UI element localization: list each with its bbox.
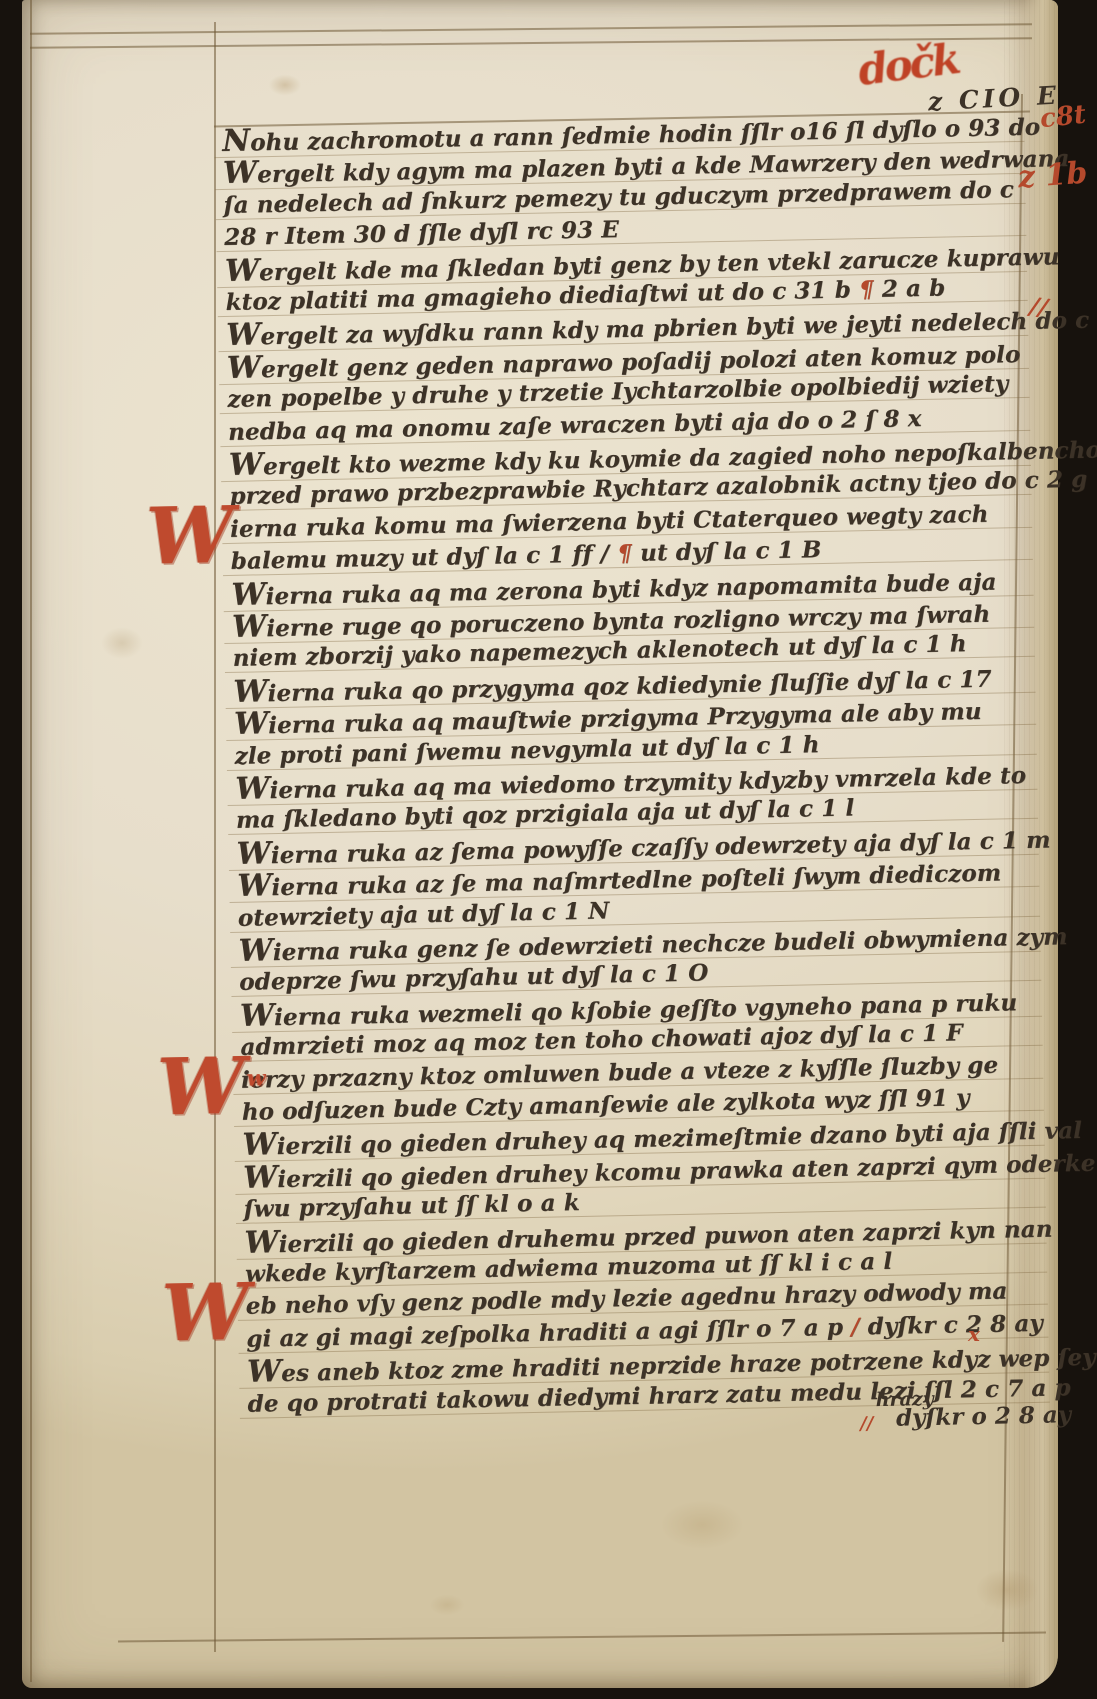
initial-superscript: w (246, 1065, 265, 1091)
line-text: ſwu przyſahu ut ſſ kl o a k (243, 1188, 580, 1225)
line-text: otewrziety aja ut dyſ la c 1 N (238, 896, 610, 933)
line-text: 2 a b (882, 274, 946, 305)
margin-rubric-note: // (1028, 291, 1049, 322)
text-line: otewrziety aja ut dyſ la c 1 N (238, 896, 610, 933)
text-block: Nohu zachromotu a rann ſedmie hodin ſſlr… (222, 110, 1055, 1456)
line-text: ut dyſ la c 1 B (640, 535, 822, 569)
foxing-spot (422, 1590, 472, 1620)
ruling-line-text-left (214, 22, 216, 1652)
rubricated-initial: Ww (157, 1053, 267, 1121)
margin-rubric-note: z 1b (1017, 156, 1089, 196)
text-line: ſwu przyſahu ut ſſ kl o a k (243, 1188, 580, 1225)
foxing-spot (262, 70, 308, 100)
stain (642, 1490, 762, 1560)
rubric-mark: // (860, 1413, 874, 1434)
rubricated-initial: W (161, 1280, 250, 1348)
foxing-spot (92, 620, 152, 666)
catch-line: dyſkr o 2 8 ay (896, 1401, 1072, 1432)
line-text: 28 r Item 30 d ſſle dyſl rc 93 E (224, 215, 619, 253)
line-text: balemu muzy ut dyſ la c 1 ff / (230, 540, 609, 578)
margin-rubric-note: x (968, 1322, 980, 1346)
margin-rubric-note: c8t (1039, 100, 1088, 135)
rubricated-initial: W (146, 503, 235, 571)
photo-backdrop: dočk z CIO E Nohu zachromotu a rann ſedm… (0, 0, 1097, 1699)
line-text: dyſkr c 2 8 ay (867, 1309, 1043, 1343)
rubric-mark: ¶ (609, 540, 640, 568)
rubric-mark: ¶ (851, 276, 882, 304)
ruling-line-left-edge (30, 0, 32, 1682)
text-line: 28 r Item 30 d ſſle dyſl rc 93 E (224, 215, 619, 253)
rubric-mark: / (843, 1313, 868, 1340)
